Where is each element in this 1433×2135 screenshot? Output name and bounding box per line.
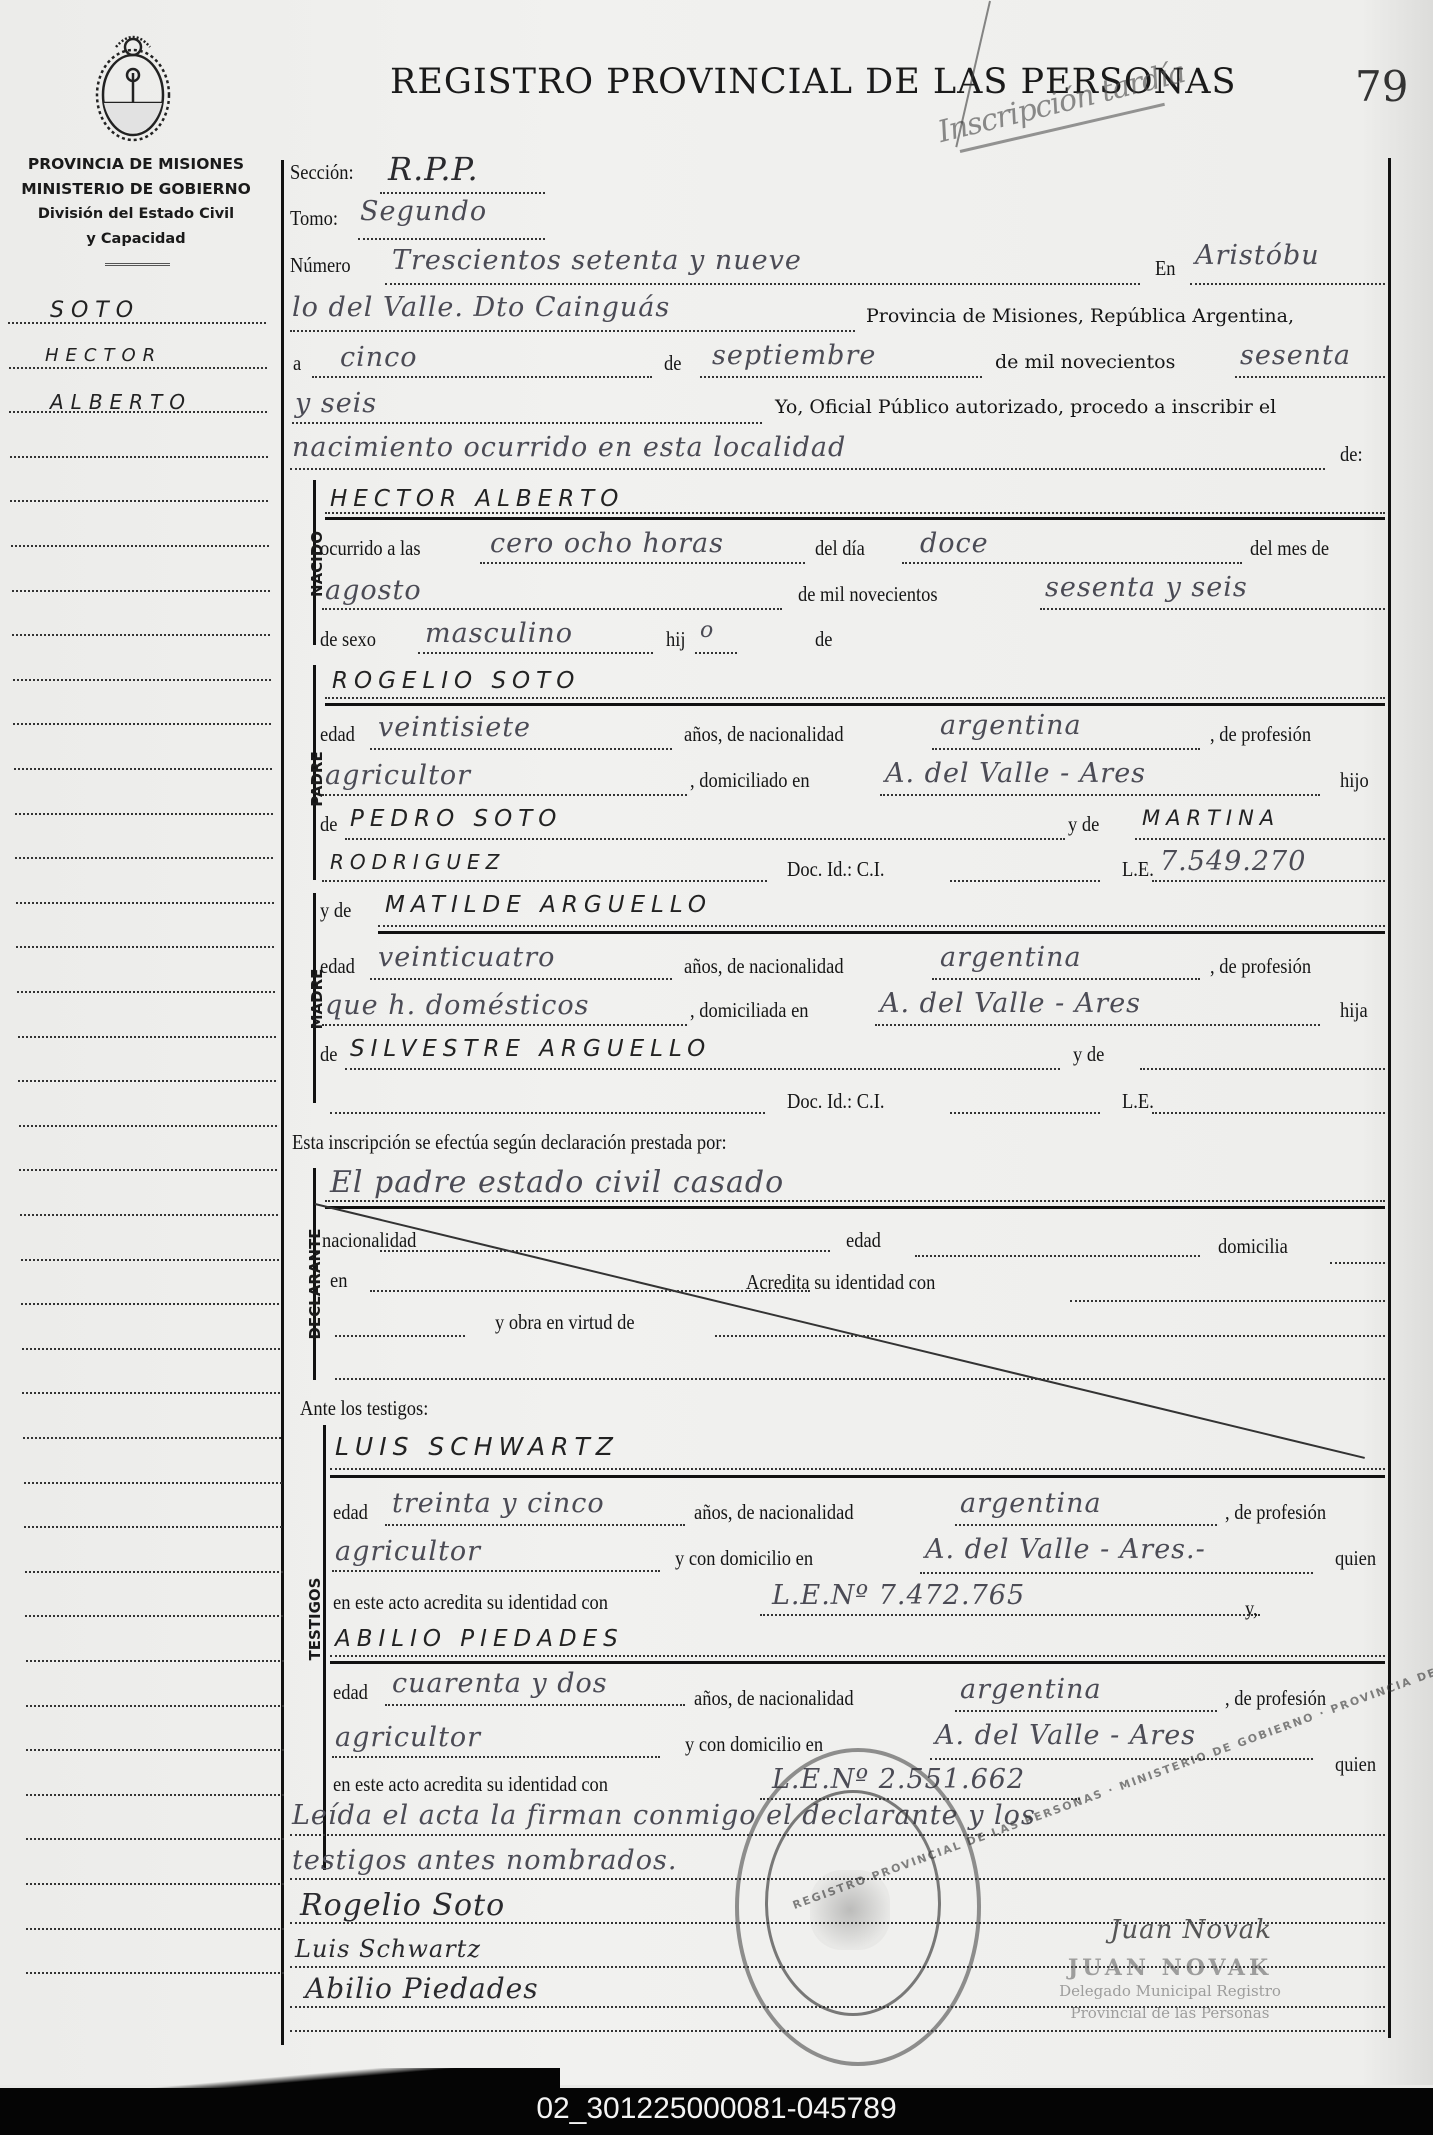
nacido-day-line xyxy=(902,562,1242,564)
testigos-intro: Ante los testigos: xyxy=(300,1396,428,1421)
padre-father-value[interactable]: PEDRO SOTO xyxy=(350,806,562,832)
w1-id-line xyxy=(760,1614,1260,1616)
tomo-label: Tomo: xyxy=(290,206,338,231)
padre-ci-line xyxy=(950,880,1100,882)
margin-line xyxy=(16,902,274,904)
issuer-line-3: División del Estado Civil xyxy=(0,202,272,227)
declarante-edad-label: edad xyxy=(846,1228,881,1253)
tomo-value[interactable]: Segundo xyxy=(360,196,487,227)
year-value-2[interactable]: y seis xyxy=(295,388,377,419)
w2-edad-line xyxy=(385,1704,685,1706)
madre-father-line xyxy=(345,1068,1060,1070)
nacido-month-value[interactable]: agosto xyxy=(325,575,422,606)
w1-dom-value[interactable]: A. del Valle - Ares.- xyxy=(925,1534,1206,1565)
declarante-dots xyxy=(325,1200,1385,1202)
declarante-dom-label: domicilia xyxy=(1218,1234,1288,1259)
tomo-line xyxy=(358,238,545,240)
act-line xyxy=(290,468,1325,470)
madre-name-dots xyxy=(378,925,1385,927)
declarante-intro: Esta inscripción se efectúa según declar… xyxy=(292,1130,727,1155)
nacido-name-rule xyxy=(325,517,1385,520)
padre-mother-line-1 xyxy=(1135,838,1385,840)
margin-line xyxy=(12,590,270,592)
padre-mother-value-1[interactable]: MARTINA xyxy=(1142,806,1280,830)
margin-line xyxy=(26,1972,284,1974)
nacido-year-value[interactable]: sesenta y seis xyxy=(1045,572,1248,603)
padre-nac-line xyxy=(932,748,1200,750)
margin-line xyxy=(13,679,271,681)
margin-line xyxy=(24,1526,282,1528)
nacido-name-dots xyxy=(325,512,1385,514)
en-label: En xyxy=(1155,256,1176,281)
officer-name: JUAN NOVAK xyxy=(1040,1955,1300,1981)
margin-line xyxy=(9,411,267,413)
day-value[interactable]: cinco xyxy=(340,342,418,373)
w2-acredita-label: en este acto acredita su identidad con xyxy=(333,1772,608,1797)
margin-line xyxy=(22,1392,280,1394)
margin-line xyxy=(25,1571,283,1573)
margin-line xyxy=(26,1883,284,1885)
declarante-edad-line xyxy=(915,1255,1200,1257)
month-value[interactable]: septiembre xyxy=(712,340,876,371)
margin-line xyxy=(23,1437,281,1439)
sexo-line xyxy=(418,652,653,654)
w1-prof-value[interactable]: agricultor xyxy=(335,1536,481,1567)
margin-line xyxy=(26,1749,284,1751)
signature-father: Rogelio Soto xyxy=(300,1888,505,1923)
officer-title-2: Provincial de las Personas xyxy=(1020,2004,1320,2022)
place-value-2[interactable]: lo del Valle. Dto Cainguás xyxy=(292,292,670,323)
margin-line xyxy=(18,1036,276,1038)
margin-line xyxy=(26,1705,284,1707)
padre-dom-label: , domiciliado en xyxy=(690,768,810,793)
declarante-extra-line xyxy=(335,1378,1385,1380)
margin-line xyxy=(21,1303,279,1305)
province-text: Provincia de Misiones, República Argenti… xyxy=(866,305,1294,327)
mes-label: del mes de xyxy=(1250,536,1329,561)
madre-le-label: L.E. xyxy=(1122,1089,1154,1114)
w2-edad-label: edad xyxy=(333,1680,368,1705)
w2-dom-line xyxy=(930,1758,1313,1760)
padre-edad-line xyxy=(370,748,672,750)
margin-line xyxy=(14,768,272,770)
madre-dom-line xyxy=(875,1024,1320,1026)
sexo-value[interactable]: masculino xyxy=(425,618,573,649)
w1-nac-value[interactable]: argentina xyxy=(960,1488,1102,1519)
padre-father-line xyxy=(345,838,1065,840)
w1-edad-value[interactable]: treinta y cinco xyxy=(392,1488,605,1519)
declarante-acredita-line xyxy=(1070,1300,1385,1302)
padre-section-label: PADRE xyxy=(308,734,326,824)
madre-ci-line xyxy=(950,1112,1100,1114)
hij-label: hij xyxy=(666,627,686,652)
padre-prof-value[interactable]: agricultor xyxy=(325,760,471,791)
w1-prof-line xyxy=(332,1570,660,1572)
madre-prof-value[interactable]: que h. domésticos xyxy=(325,990,589,1021)
padre-le-line xyxy=(1152,880,1385,882)
padre-nac-label: años, de nacionalidad xyxy=(684,722,844,747)
margin-line xyxy=(8,322,266,324)
hour-line xyxy=(480,562,805,564)
dia-label: del día xyxy=(815,536,865,561)
margin-surname: SOTO xyxy=(50,298,140,323)
madre-le-line xyxy=(1152,1112,1385,1114)
madre-mother-line-2 xyxy=(330,1112,765,1114)
margin-line xyxy=(18,1080,276,1082)
madre-y-de-label: y de xyxy=(320,898,351,923)
padre-hijo-label: hijo xyxy=(1340,768,1369,793)
issuer-line-4: y Capacidad xyxy=(0,227,272,252)
padre-le-label: L.E. xyxy=(1122,857,1154,882)
declarante-acredita-label: Acredita su identidad con xyxy=(746,1270,935,1295)
w1-nac-line xyxy=(955,1524,1217,1526)
seccion-label: Sección: xyxy=(290,160,354,185)
padre-prof-line xyxy=(322,794,687,796)
w2-edad-value[interactable]: cuarenta y dos xyxy=(392,1668,608,1699)
margin-line xyxy=(26,1794,284,1796)
padre-dom-value[interactable]: A. del Valle - Ares xyxy=(885,758,1146,789)
margin-line xyxy=(15,813,273,815)
nacido-year-prefix: de mil novecientos xyxy=(798,582,938,607)
w2-nac-value[interactable]: argentina xyxy=(960,1674,1102,1705)
margin-line xyxy=(19,1169,277,1171)
margin-line xyxy=(22,1348,280,1350)
de-colon: de: xyxy=(1340,442,1363,467)
madre-doc-label: Doc. Id.: C.I. xyxy=(787,1089,885,1114)
w2-dom-value[interactable]: A. del Valle - Ares xyxy=(935,1720,1196,1751)
madre-de-label: de xyxy=(320,1042,337,1067)
padre-dom-line xyxy=(880,794,1320,796)
officer-signature: Juan Novak xyxy=(1110,1915,1272,1945)
padre-nac-value[interactable]: argentina xyxy=(940,710,1082,741)
madre-name-rule xyxy=(378,931,1385,934)
padre-name-rule xyxy=(325,703,1385,706)
padre-le-value[interactable]: 7.549.270 xyxy=(1160,846,1306,877)
declarante-obra-line-1 xyxy=(335,1335,465,1337)
margin-line xyxy=(17,991,275,993)
declarante-en-line xyxy=(370,1290,810,1292)
w1-edad-label: edad xyxy=(333,1500,368,1525)
madre-edad-line xyxy=(370,978,672,980)
padre-mother-line-2 xyxy=(322,880,767,882)
w2-name-dots xyxy=(330,1655,1385,1657)
act-value[interactable]: nacimiento ocurrido en esta localidad xyxy=(292,432,846,463)
margin-line xyxy=(16,946,274,948)
madre-edad-label: edad xyxy=(320,954,355,979)
padre-edad-label: edad xyxy=(320,722,355,747)
margin-line xyxy=(10,456,268,458)
madre-dom-label: , domiciliada en xyxy=(690,998,809,1023)
w1-quien-label: quien xyxy=(1335,1546,1376,1571)
w1-acredita-label: en este acto acredita su identidad con xyxy=(333,1590,608,1615)
declarante-dom-line xyxy=(1330,1262,1385,1264)
madre-nac-value[interactable]: argentina xyxy=(940,942,1082,973)
month-line xyxy=(700,376,982,378)
place-value-1[interactable]: Aristóbu xyxy=(1195,240,1320,271)
w2-name-rule xyxy=(330,1661,1385,1664)
seccion-value[interactable]: R.P.P. xyxy=(388,150,479,188)
hij-value[interactable]: o xyxy=(700,618,714,643)
margin-line xyxy=(19,1125,277,1127)
right-frame-line xyxy=(1388,158,1391,2038)
w2-name[interactable]: ABILIO PIEDADES xyxy=(335,1626,624,1652)
nacido-day-value[interactable]: doce xyxy=(920,528,989,559)
madre-dom-value[interactable]: A. del Valle - Ares xyxy=(880,988,1141,1019)
numero-value[interactable]: Trescientos setenta y nueve xyxy=(392,245,802,276)
numero-line xyxy=(385,283,1140,285)
w1-nac-label: años, de nacionalidad xyxy=(694,1500,854,1525)
w1-edad-line xyxy=(385,1524,685,1526)
declarante-value[interactable]: El padre estado civil casado xyxy=(330,1165,784,1200)
margin-line xyxy=(21,1259,279,1261)
padre-y-de-label: y de xyxy=(1068,812,1099,837)
testigos-section-label: TESTIGOS xyxy=(306,1559,324,1679)
padre-doc-label: Doc. Id.: C.I. xyxy=(787,857,885,882)
padre-prof-label: , de profesión xyxy=(1210,722,1311,747)
year-value-1[interactable]: sesenta xyxy=(1240,340,1351,371)
padre-mother-value-2[interactable]: RODRIGUEZ xyxy=(330,850,505,874)
padre-name-dots xyxy=(325,697,1385,699)
madre-y-de2-label: y de xyxy=(1073,1042,1104,1067)
nacido-name-value[interactable]: HECTOR ALBERTO xyxy=(330,486,624,512)
signature-witness-1: Luis Schwartz xyxy=(295,1935,481,1963)
declarante-rule xyxy=(325,1206,1385,1209)
signature-witness-2: Abilio Piedades xyxy=(305,1972,539,2005)
w2-dom-label: y con domicilio en xyxy=(685,1732,823,1757)
left-frame-line xyxy=(281,160,284,2045)
padre-edad-value[interactable]: veintisiete xyxy=(378,712,531,743)
closing-text-2[interactable]: testigos antes nombrados. xyxy=(292,1845,677,1876)
margin-line xyxy=(13,723,271,725)
madre-mother-line xyxy=(1140,1068,1385,1070)
w1-dom-line xyxy=(920,1572,1313,1574)
margin-line xyxy=(20,1214,278,1216)
footer-image-id: 02_301225000081-045789 xyxy=(0,2092,1433,2126)
w1-y-label: y, xyxy=(1245,1596,1258,1621)
issuer-line-1: PROVINCIA DE MISIONES xyxy=(0,152,272,177)
hij-line xyxy=(695,652,737,654)
margin-given-1: HECTOR xyxy=(45,345,162,366)
declarante-obra-line-2 xyxy=(715,1335,1385,1337)
day-line xyxy=(312,376,652,378)
madre-name-value[interactable]: MATILDE ARGUELLO xyxy=(385,892,712,918)
margin-line xyxy=(10,500,268,502)
sexo-label: de sexo xyxy=(320,627,376,652)
de-label: de xyxy=(664,351,681,376)
w1-name-dots xyxy=(330,1468,1385,1470)
place-line-1 xyxy=(1190,283,1385,285)
margin-line xyxy=(26,1928,284,1930)
declarante-obra-label: y obra en virtud de xyxy=(495,1310,635,1335)
year-line-2 xyxy=(292,422,762,424)
padre-name-value[interactable]: ROGELIO SOTO xyxy=(332,668,580,694)
margin-line xyxy=(15,857,273,859)
year-line-1 xyxy=(1235,376,1385,378)
w1-dom-label: y con domicilio en xyxy=(675,1546,813,1571)
issuer-block: PROVINCIA DE MISIONES MINISTERIO DE GOBI… xyxy=(0,152,272,252)
w1-name-rule xyxy=(330,1475,1385,1478)
w2-prof-line xyxy=(332,1756,660,1758)
numero-label: Número xyxy=(290,253,351,278)
place-line-2 xyxy=(290,330,855,332)
coat-of-arms-icon xyxy=(88,25,178,143)
margin-line xyxy=(11,545,269,547)
madre-nac-label: años, de nacionalidad xyxy=(684,954,844,979)
folio-number: 79 xyxy=(1355,62,1408,111)
w1-prof-label: , de profesión xyxy=(1225,1500,1326,1525)
madre-father-value[interactable]: SILVESTRE ARGUELLO xyxy=(350,1036,711,1062)
madre-prof-label: , de profesión xyxy=(1210,954,1311,979)
a-label: a xyxy=(293,351,301,376)
margin-line xyxy=(24,1482,282,1484)
margin-line xyxy=(25,1615,283,1617)
officer-text: Yo, Oficial Público autorizado, procedo … xyxy=(775,396,1276,418)
w1-name[interactable]: LUIS SCHWARTZ xyxy=(335,1432,619,1461)
madre-prof-line xyxy=(322,1024,687,1026)
w2-nac-line xyxy=(955,1710,1217,1712)
declarante-nac-line xyxy=(380,1250,830,1252)
seccion-line xyxy=(380,192,545,194)
nacido-month-line xyxy=(322,608,782,610)
hour-value[interactable]: cero ocho horas xyxy=(490,528,724,559)
madre-hija-label: hija xyxy=(1340,998,1368,1023)
w1-id-value[interactable]: L.E.Nº 7.472.765 xyxy=(772,1580,1025,1611)
nacido-de-label: de xyxy=(815,627,832,652)
officer-title-1: Delegado Municipal Registro xyxy=(1020,1982,1320,2000)
nacido-section-label: NACIDO xyxy=(308,509,326,619)
issuer-line-2: MINISTERIO DE GOBIERNO xyxy=(0,177,272,202)
padre-de-label: de xyxy=(320,812,337,837)
w2-nac-label: años, de nacionalidad xyxy=(694,1686,854,1711)
margin-line xyxy=(26,1838,284,1840)
w2-quien-label: quien xyxy=(1335,1752,1376,1777)
nacido-year-line xyxy=(1040,608,1385,610)
issuer-rule xyxy=(105,263,170,266)
madre-edad-value[interactable]: veinticuatro xyxy=(378,942,555,973)
declarante-en-label: en xyxy=(330,1268,347,1293)
spacer xyxy=(280,1478,283,1479)
w2-prof-value[interactable]: agricultor xyxy=(335,1722,481,1753)
w2-prof-label: , de profesión xyxy=(1225,1686,1326,1711)
year-prefix: de mil novecientos xyxy=(995,351,1175,373)
margin-line xyxy=(9,367,267,369)
margin-line xyxy=(26,1660,284,1662)
ocurrido-label: ocurrido a las xyxy=(320,536,421,561)
margin-line xyxy=(12,634,270,636)
madre-nac-line xyxy=(932,978,1200,980)
